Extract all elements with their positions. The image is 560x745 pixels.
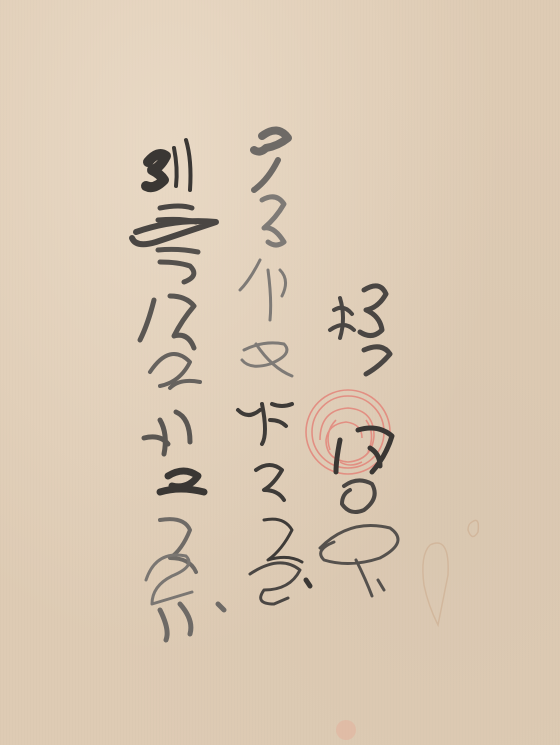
calligraphy-paper: calligraphy [0, 0, 560, 745]
column-right [320, 286, 398, 596]
column-left [132, 140, 224, 640]
seal-stain [336, 720, 356, 740]
column-middle [238, 130, 310, 604]
calligraphy-artwork [0, 0, 560, 745]
paper-stains [423, 520, 479, 625]
